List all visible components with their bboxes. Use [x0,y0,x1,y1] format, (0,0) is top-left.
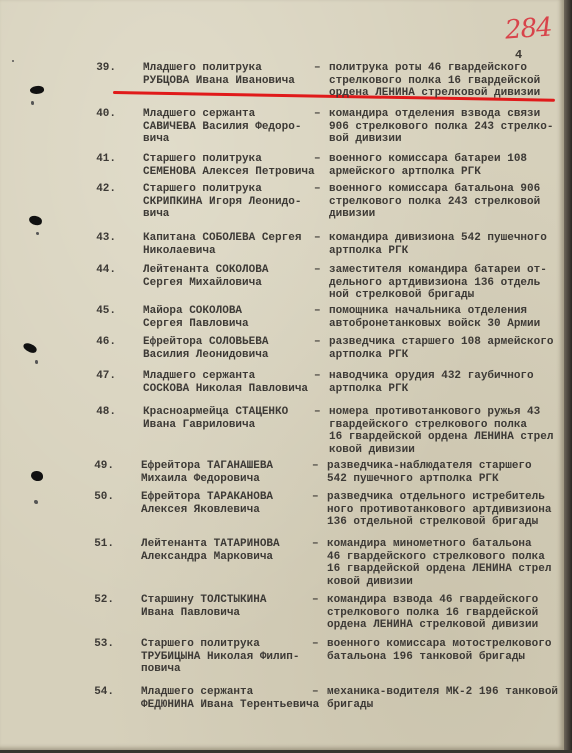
rank-and-name: Лейтенанта СОКОЛОВА Сергея Михайловича [143,264,268,289]
entry-number: 44. [80,264,116,277]
separator-dash: – [312,594,319,607]
position-description: военного комиссара батареи 108 армейског… [329,153,527,178]
entry-number: 47. [80,370,116,383]
page-edge-shadow [564,0,572,753]
position-description: командира дивизиона 542 пушечного артпол… [329,232,547,257]
rank-and-name: Капитана СОБОЛЕВА Сергея Николаевича [143,232,301,257]
position-description: командира минометного батальона 46 гвард… [327,538,551,588]
entry-number: 39. [80,62,116,75]
rank-and-name: Ефрейтора ТАРАКАНОВА Алексея Яковлевича [141,491,273,516]
position-description: военного комиссара батальона 906 стрелко… [329,183,540,221]
entry-number: 54. [78,686,114,699]
separator-dash: – [314,406,321,419]
separator-dash: – [314,153,321,166]
rank-and-name: Ефрейтора ТАГАНАШЕВА Михаила Федоровича [141,460,273,485]
rank-and-name: Старшего политрука СКРИПКИНА Игоря Леони… [143,183,301,221]
rank-and-name: Майора СОКОЛОВА Сергея Павловича [143,305,249,330]
rank-and-name: Старшего политрука ТРУБИЦЫНА Николая Фил… [141,638,299,676]
rank-and-name: Младшего сержанта СОСКОВА Николая Павлов… [143,370,308,395]
entry-number: 41. [80,153,116,166]
separator-dash: – [312,460,319,473]
position-description: разведчика-наблюдателя старшего 542 пуше… [327,460,532,485]
separator-dash: – [314,264,321,277]
separator-dash: – [312,638,319,651]
entry-number: 42. [80,183,116,196]
position-description: наводчика орудия 432 гаубичного артполка… [329,370,534,395]
separator-dash: – [314,183,321,196]
separator-dash: – [314,108,321,121]
separator-dash: – [312,538,319,551]
rank-and-name: Младшего политрука РУБЦОВА Ивана Иванови… [143,62,295,87]
entry-number: 53. [78,638,114,651]
separator-dash: – [312,491,319,504]
entry-number: 43. [80,232,116,245]
award-list: 39.Младшего политрука РУБЦОВА Ивана Иван… [0,0,564,750]
entry-number: 40. [80,108,116,121]
rank-and-name: Ефрейтора СОЛОВЬЕВА Василия Леонидовича [143,336,268,361]
rank-and-name: Лейтенанта ТАТАРИНОВА Александра Маркови… [141,538,280,563]
entry-number: 52. [78,594,114,607]
position-description: разведчика старшего 108 армейского артпо… [329,336,553,361]
separator-dash: – [314,336,321,349]
entry-number: 51. [78,538,114,551]
position-description: механика-водителя МК-2 196 танковой бриг… [327,686,558,711]
position-description: разведчика отдельного истребитель ного п… [327,491,551,529]
separator-dash: – [314,62,321,75]
rank-and-name: Младшего сержанта САВИЧЕВА Василия Федор… [143,108,301,146]
separator-dash: – [314,370,321,383]
position-description: помощника начальника отделения автоброне… [329,305,540,330]
position-description: командира взвода 46 гвардейского стрелко… [327,594,538,632]
position-description: командира отделения взвода связи 906 стр… [329,108,553,146]
position-description: заместителя командира батареи от- дельно… [329,264,547,302]
rank-and-name: Старшину ТОЛСТЫКИНА Ивана Павловича [141,594,266,619]
entry-number: 50. [78,491,114,504]
entry-number: 48. [80,406,116,419]
entry-number: 49. [78,460,114,473]
rank-and-name: Старшего политрука СЕМЕНОВА Алексея Петр… [143,153,315,178]
position-description: политрука роты 46 гвардейского стрелково… [329,62,540,100]
rank-and-name: Младшего сержанта ФЕДЮНИНА Ивана Теренть… [141,686,319,711]
position-description: военного комиссара мотострелкового батал… [327,638,551,663]
position-description: номера противотанкового ружья 43 гвардей… [329,406,553,456]
entry-number: 46. [80,336,116,349]
separator-dash: – [314,232,321,245]
rank-and-name: Красноармейца СТАЦЕНКО Ивана Гавриловича [143,406,288,431]
entry-number: 45. [80,305,116,318]
separator-dash: – [312,686,319,699]
separator-dash: – [314,305,321,318]
